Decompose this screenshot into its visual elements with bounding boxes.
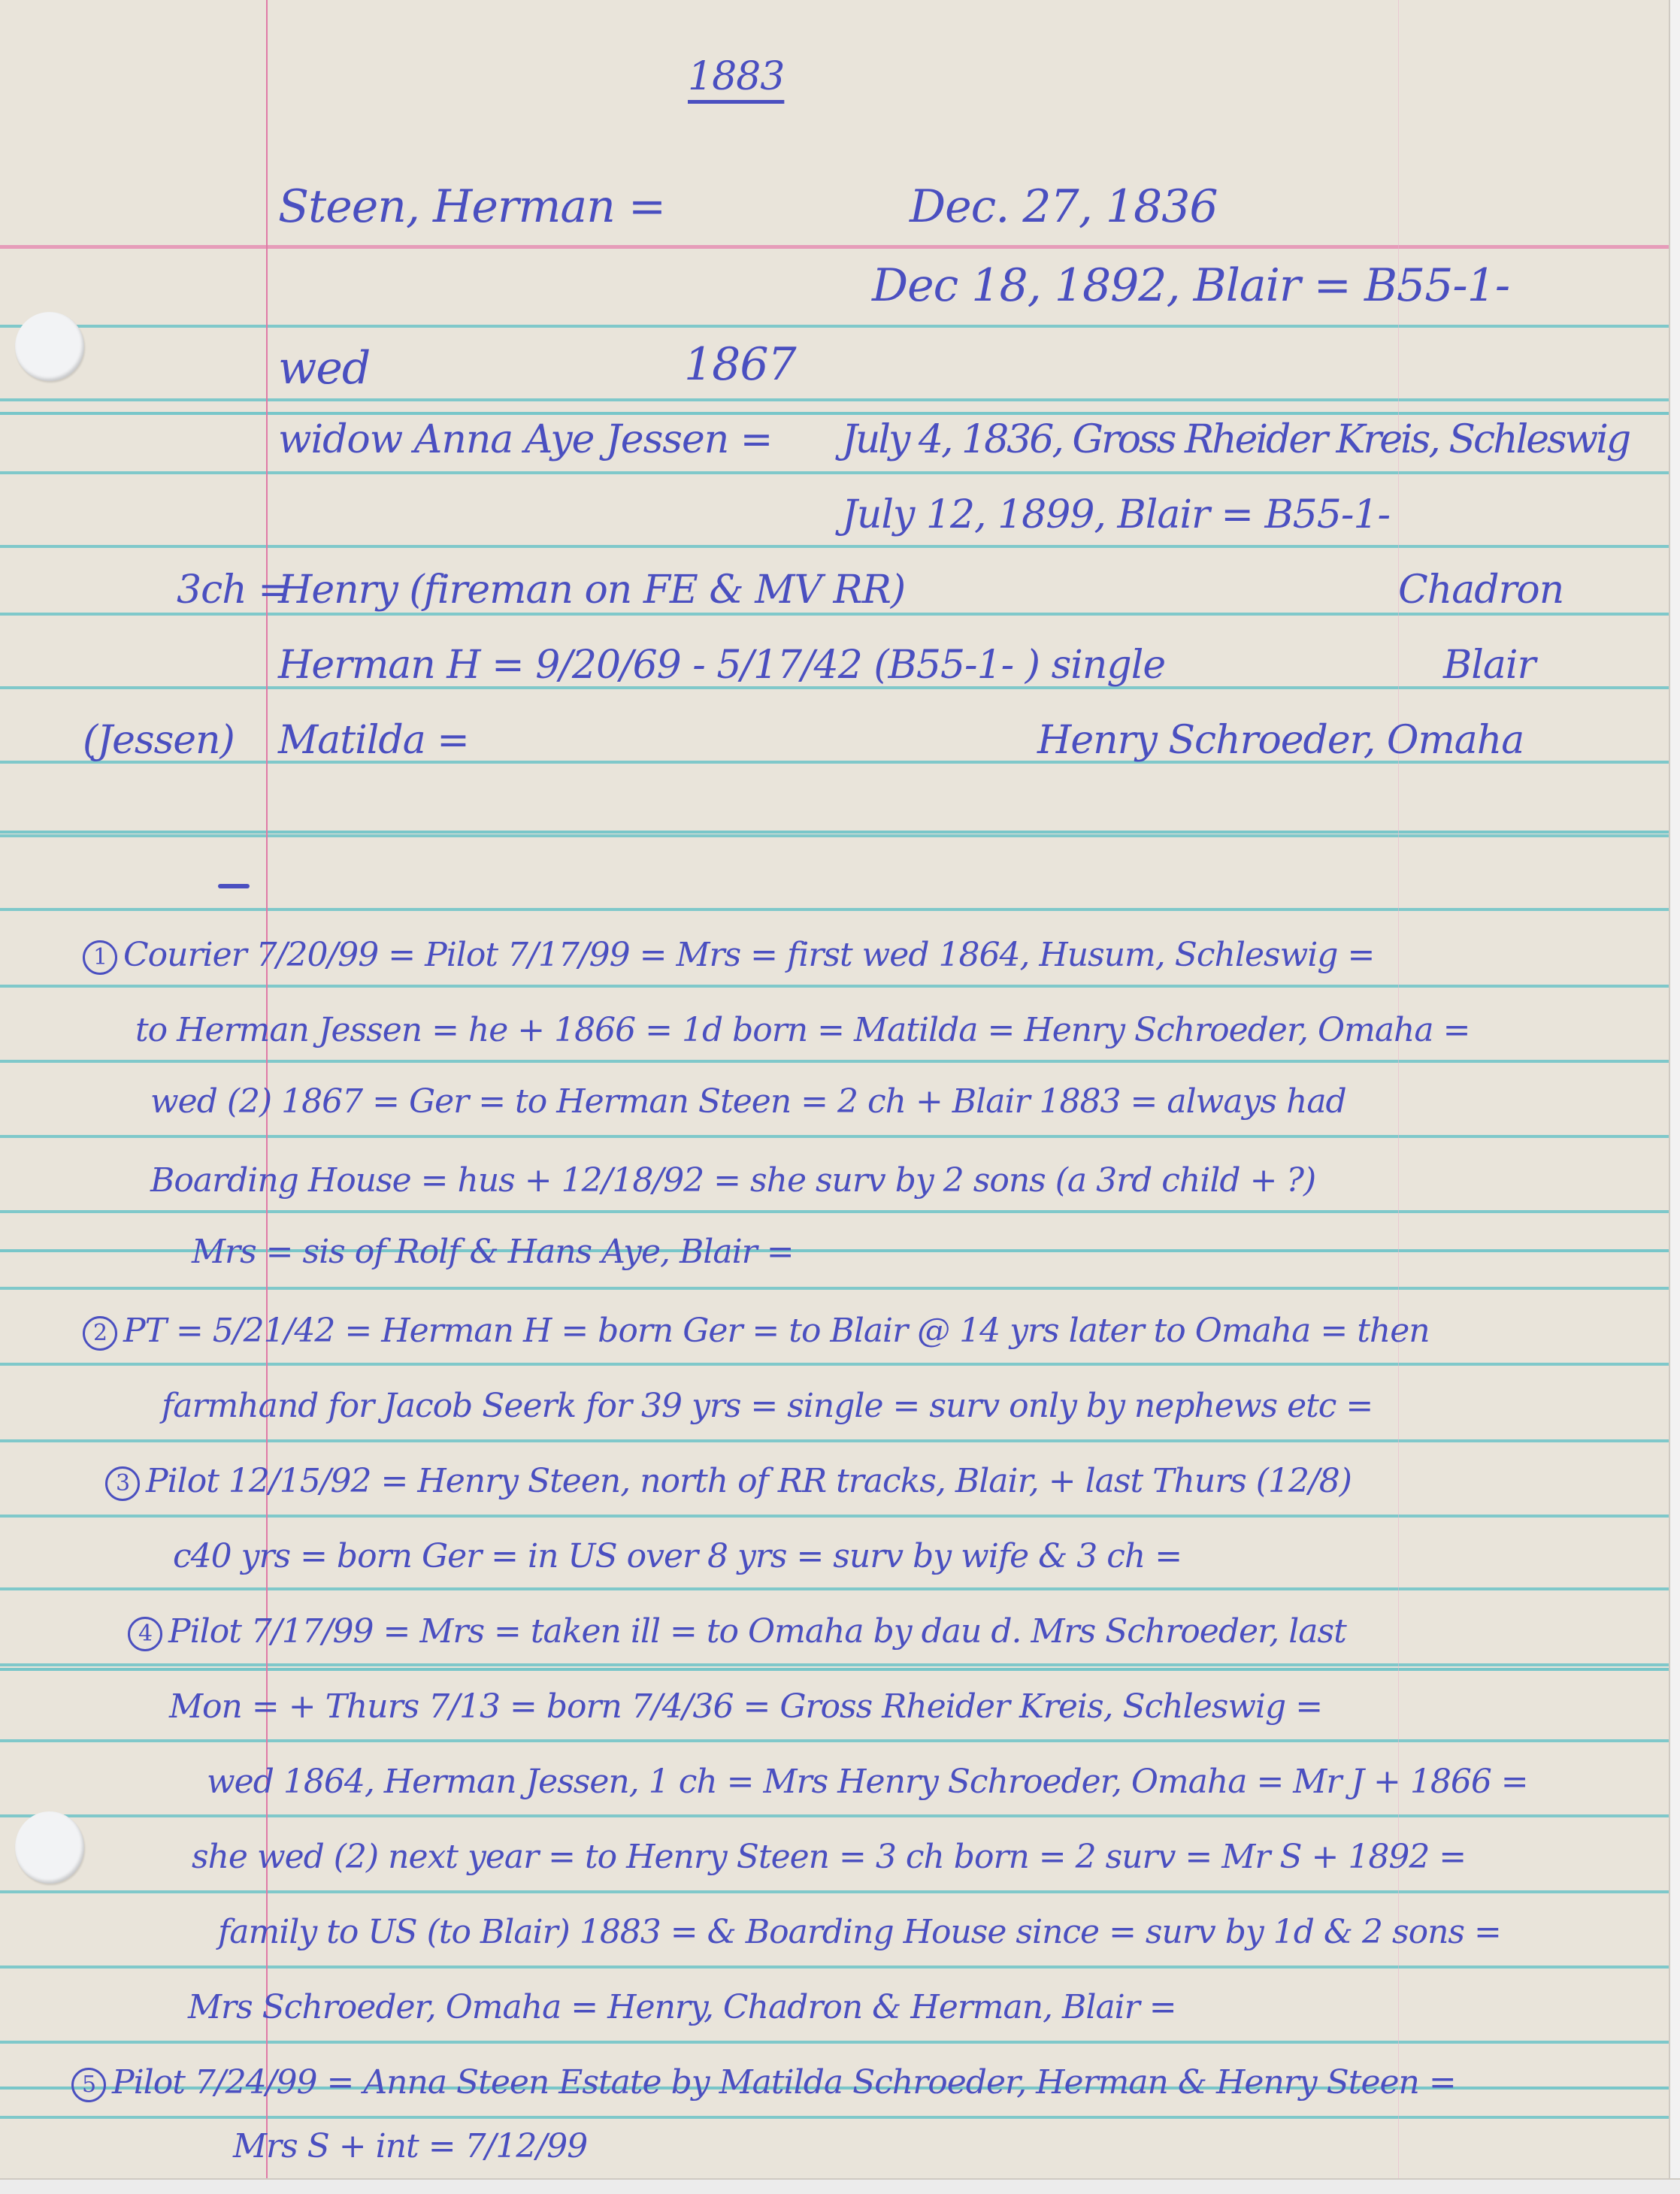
note-4-line-2: Mon = + Thurs 7/13 = born 7/4/36 = Gross… xyxy=(169,1687,1322,1726)
note-text: Pilot 12/15/92 = Henry Steen, north of R… xyxy=(146,1462,1352,1500)
note-4-line-4: she wed (2) next year = to Henry Steen =… xyxy=(192,1838,1466,1876)
note-4-line-1: 4Pilot 7/17/99 = Mrs = taken ill = to Om… xyxy=(128,1612,1346,1651)
notebook-page: 1883 Steen, Herman = Dec. 27, 1836 Dec 1… xyxy=(0,0,1670,2180)
note-5-line-1: 5Pilot 7/24/99 = Anna Steen Estate by Ma… xyxy=(71,2063,1456,2102)
ruled-line xyxy=(0,1739,1670,1742)
binder-hole-bottom xyxy=(15,1811,84,1884)
ruled-line xyxy=(0,834,1670,837)
child-matilda-prefix: (Jessen) xyxy=(83,718,235,763)
subject-death: Dec 18, 1892, Blair = B55-1- xyxy=(872,259,1509,312)
spouse-name: widow Anna Aye Jessen = xyxy=(278,417,772,462)
ruled-line xyxy=(0,1663,1670,1666)
ruled-line xyxy=(0,2041,1670,2044)
note-1-line-2: to Herman Jessen = he + 1866 = 1d born =… xyxy=(135,1011,1470,1049)
note-3-line-1: 3Pilot 12/15/92 = Henry Steen, north of … xyxy=(105,1462,1352,1501)
ruled-line xyxy=(0,613,1670,616)
note-1-line-5: Mrs = sis of Rolf & Hans Aye, Blair = xyxy=(192,1233,794,1271)
ruled-line xyxy=(0,1515,1670,1518)
ruled-line xyxy=(0,1060,1670,1063)
child-matilda-spouse: Henry Schroeder, Omaha xyxy=(1037,718,1524,763)
ruled-line xyxy=(0,1210,1670,1213)
header-rule xyxy=(0,245,1670,249)
child-herman: Herman H = 9/20/69 - 5/17/42 (B55-1- ) s… xyxy=(278,643,1165,688)
note-1-line-3: wed (2) 1867 = Ger = to Herman Steen = 2… xyxy=(150,1082,1346,1121)
ruled-line xyxy=(0,1439,1670,1442)
scan-edge-bottom xyxy=(0,2178,1680,2194)
spouse-birth: July 4, 1836, Gross Rheider Kreis, Schle… xyxy=(842,417,1629,462)
wed-label: wed xyxy=(278,342,370,395)
ruled-line xyxy=(0,398,1670,401)
children-count: 3ch = xyxy=(177,567,290,613)
ruled-line xyxy=(0,471,1670,474)
note-1-line-4: Boarding House = hus + 12/18/92 = she su… xyxy=(150,1161,1315,1200)
note-4-line-3: wed 1864, Herman Jessen, 1 ch = Mrs Henr… xyxy=(207,1763,1528,1801)
ruled-line xyxy=(0,1966,1670,1969)
note-4-line-5: family to US (to Blair) 1883 = & Boardin… xyxy=(218,1913,1501,1951)
subject-name: Steen, Herman = xyxy=(278,180,665,233)
note-1-line-1: 1Courier 7/20/99 = Pilot 7/17/99 = Mrs =… xyxy=(83,936,1374,975)
note-number: 1 xyxy=(83,940,117,975)
subject-birth: Dec. 27, 1836 xyxy=(910,180,1218,233)
note-text: PT = 5/21/42 = Herman H = born Ger = to … xyxy=(123,1312,1430,1350)
ruled-line xyxy=(0,1814,1670,1817)
note-2-line-1: 2PT = 5/21/42 = Herman H = born Ger = to… xyxy=(83,1312,1430,1351)
page-title: 1883 xyxy=(688,54,784,99)
note-number: 4 xyxy=(128,1617,162,1651)
ruled-line xyxy=(0,1587,1670,1590)
ruled-line xyxy=(0,908,1670,911)
ruled-line xyxy=(0,2116,1670,2119)
ruled-line xyxy=(0,545,1670,548)
child-matilda: Matilda = xyxy=(278,718,469,763)
note-4-line-6: Mrs Schroeder, Omaha = Henry, Chadron & … xyxy=(188,1988,1176,2026)
ruled-line xyxy=(0,1363,1670,1366)
note-text: Courier 7/20/99 = Pilot 7/17/99 = Mrs = … xyxy=(123,936,1374,974)
note-5-line-2: Mrs S + int = 7/12/99 xyxy=(233,2127,587,2165)
ruled-line xyxy=(0,1135,1670,1138)
child-henry: Henry (fireman on FE & MV RR) xyxy=(278,567,905,613)
note-number: 3 xyxy=(105,1466,140,1501)
note-3-line-2: c40 yrs = born Ger = in US over 8 yrs = … xyxy=(173,1537,1182,1575)
binder-hole-top xyxy=(15,312,84,381)
ruled-line xyxy=(0,1890,1670,1893)
scan-edge-right xyxy=(1669,0,1680,2194)
note-number: 5 xyxy=(71,2068,106,2102)
separator-mark xyxy=(218,884,250,888)
note-2-line-2: farmhand for Jacob Seerk for 39 yrs = si… xyxy=(162,1387,1373,1425)
note-text: Pilot 7/24/99 = Anna Steen Estate by Mat… xyxy=(112,2063,1456,2102)
spouse-death: July 12, 1899, Blair = B55-1- xyxy=(842,492,1390,537)
ruled-line xyxy=(0,1287,1670,1290)
ruled-line xyxy=(0,325,1670,328)
wed-year: 1867 xyxy=(684,338,796,391)
note-text: Pilot 7/17/99 = Mrs = taken ill = to Oma… xyxy=(168,1612,1346,1651)
child-henry-place: Chadron xyxy=(1398,567,1563,613)
ruled-line xyxy=(0,985,1670,988)
child-herman-place: Blair xyxy=(1443,643,1535,688)
note-number: 2 xyxy=(83,1316,117,1351)
